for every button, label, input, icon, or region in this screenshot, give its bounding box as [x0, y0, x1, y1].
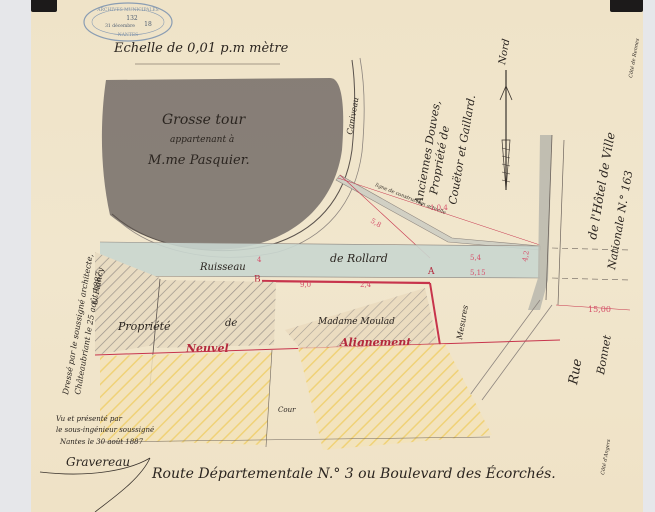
- bonnet-label: Bonnet: [594, 333, 614, 376]
- rollard-label: de Rollard: [330, 252, 388, 265]
- north-label: Nord: [497, 38, 513, 66]
- mesures-label: Mesures: [455, 304, 470, 341]
- svg-text:5,8: 5,8: [369, 217, 383, 229]
- ancienne-line-3: Couëtor et Gaillard.: [446, 94, 478, 206]
- north-arrow: Nord: [497, 38, 513, 190]
- svg-text:1,0.4: 1,0.4: [430, 204, 448, 212]
- vu-line-3: Nantes le 30 août 1887: [59, 438, 144, 446]
- propriete-label: Propriété: [117, 320, 171, 333]
- svg-text:9,0: 9,0: [300, 281, 311, 289]
- tower-label-2: appartenant à: [170, 134, 234, 145]
- ruisseau-label: Ruisseau: [199, 262, 246, 273]
- point-a-label: A: [427, 267, 435, 277]
- archive-stamp: ARCHIVES MUNICIPALES 132 31 décembre 18 …: [84, 3, 172, 41]
- svg-text:5,4: 5,4: [470, 254, 482, 262]
- vu-line-1: Vu et présenté par: [56, 415, 123, 423]
- property-neuvel-hatch: [155, 280, 276, 348]
- cour-label: Cour: [278, 406, 296, 414]
- cadastral-plan: ARCHIVES MUNICIPALES 132 31 décembre 18 …: [0, 0, 655, 512]
- svg-text:2,4: 2,4: [360, 281, 372, 289]
- svg-text:31 décembre: 31 décembre: [105, 22, 135, 29]
- svg-text:15,00: 15,00: [588, 305, 611, 314]
- vu-line-2: le sous-ingénieur soussigné: [56, 426, 154, 434]
- svg-text:ARCHIVES MUNICIPALES: ARCHIVES MUNICIPALES: [96, 7, 158, 13]
- neuvel-label: Neuvel: [185, 342, 229, 355]
- svg-text:18: 18: [144, 21, 152, 28]
- signature: Gravereau: [66, 455, 130, 469]
- cote-angers-label: Côté d'Angers: [599, 438, 612, 475]
- svg-text:4: 4: [257, 256, 262, 264]
- cote-rennes-label: Côté de Rennes: [627, 37, 641, 78]
- yellow-zone-right: [298, 344, 492, 450]
- tower-label-3: M.me Pasquier.: [147, 153, 250, 168]
- svg-text:132: 132: [126, 15, 138, 22]
- de-label: de: [225, 318, 237, 329]
- scale-label: Echelle de 0,01 p.m mètre: [113, 41, 289, 56]
- svg-text:NANTES: NANTES: [118, 32, 139, 38]
- tower-label-1: Grosse tour: [162, 112, 246, 128]
- rue-label: Rue: [566, 357, 585, 386]
- svg-text:5,15: 5,15: [470, 269, 486, 277]
- route-label: Route Départementale N.° 3 ou Boulevard …: [151, 464, 556, 482]
- caniveau-label: Caniveau: [345, 97, 360, 136]
- madame-label: Madame Moulad: [317, 317, 395, 327]
- hotel-line-2: Nationale N.° 163: [605, 169, 635, 271]
